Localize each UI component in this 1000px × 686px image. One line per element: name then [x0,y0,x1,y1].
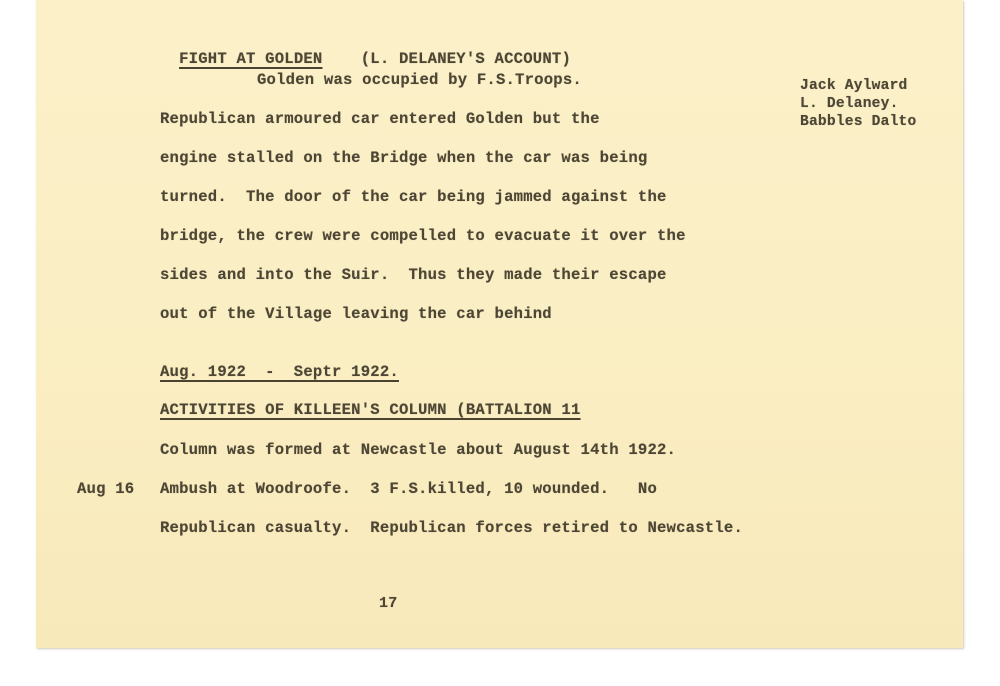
body-line: Republican armoured car entered Golden b… [160,110,600,128]
date-margin: Aug 16 [77,480,134,498]
body-line: sides and into the Suir. Thus they made … [160,266,667,284]
section-title: ACTIVITIES OF KILLEEN'S COLUMN (BATTALIO… [160,401,581,419]
page-number: 17 [379,595,397,613]
body-line: turned. The door of the car being jammed… [160,188,667,206]
body-line: Golden was occupied by F.S.Troops. [257,71,582,89]
body-line: engine stalled on the Bridge when the ca… [160,149,647,167]
body-line: Ambush at Woodroofe. 3 F.S.killed, 10 wo… [160,480,657,498]
body-line: out of the Village leaving the car behin… [160,305,552,323]
body-line: Republican casualty. Republican forces r… [160,519,743,537]
date-heading: Aug. 1922 - Septr 1922. [160,363,399,381]
section-heading: FIGHT AT GOLDEN (L. DELANEY'S ACCOUNT) [160,32,571,68]
margin-note-line: Babbles Dalto [800,113,916,131]
body-line: Column was formed at Newcastle about Aug… [160,441,676,459]
body-line: bridge, the crew were compelled to evacu… [160,227,686,245]
margin-note-line: Jack Aylward [800,77,908,95]
section-title: FIGHT AT GOLDEN [179,50,322,68]
margin-note-line: L. Delaney. [800,95,899,113]
section-subtitle: (L. DELANEY'S ACCOUNT) [361,50,571,68]
